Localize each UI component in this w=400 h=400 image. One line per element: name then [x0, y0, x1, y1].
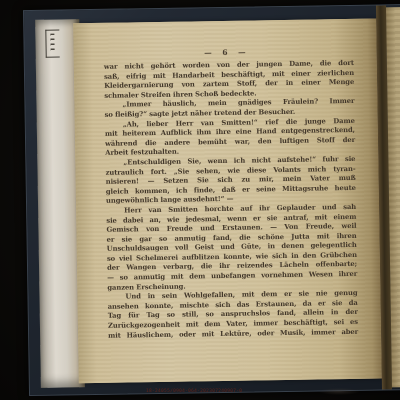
- scan-smudge: [318, 388, 360, 395]
- margin-stamp-icon: [45, 30, 59, 58]
- stamp-marks: [50, 34, 54, 53]
- text-block: war nicht gehört worden von der jungen D…: [104, 59, 358, 341]
- page-number: — 6 —: [74, 46, 377, 60]
- book-cover: — 6 — war nicht gehört worden von der ju…: [23, 4, 400, 396]
- page-scan: — 6 — war nicht gehört worden von der ju…: [73, 19, 382, 384]
- watermark-text: 18-24055/0904-064-202307240907-0: [146, 389, 242, 394]
